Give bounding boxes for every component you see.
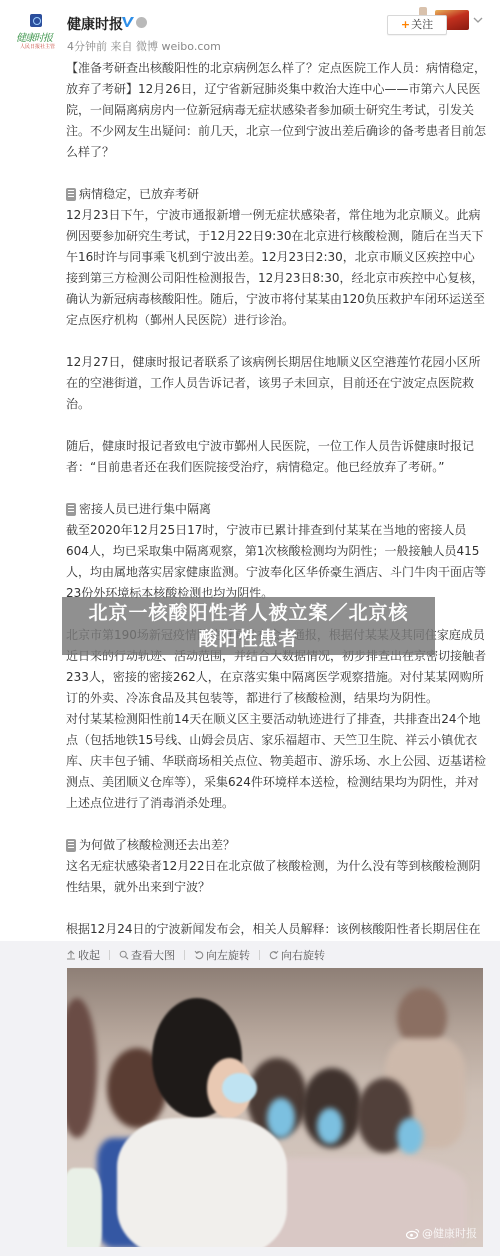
chevron-down-icon[interactable] (473, 17, 483, 23)
speaker-icon (66, 839, 76, 852)
post-photo[interactable]: @健康时报 (67, 968, 483, 1247)
verified-icon (121, 15, 135, 29)
paragraph: 这名无症状感染者12月22日在北京做了核酸检测，为什么没有等到核酸检测阴性结果，… (66, 856, 486, 898)
member-badge-icon[interactable] (136, 17, 147, 28)
paragraph: 截至2020年12月25日17时，宁波市已累计排查到付某某在当地的密接人员604… (66, 520, 486, 604)
post-meta: 4分钟前 来自 微博 weibo.com (67, 38, 221, 54)
collapse-icon (66, 950, 76, 960)
section-title: 密接人员已进行集中隔离 (66, 499, 486, 520)
rotate-left-label: 向左旋转 (206, 947, 250, 963)
zoom-icon (119, 950, 129, 960)
logo-mark-icon (30, 14, 42, 27)
view-large-button[interactable]: 查看大图 (119, 947, 175, 963)
weibo-logo-icon (406, 1228, 420, 1239)
divider (109, 950, 110, 960)
media-area: 收起 查看大图 向左旋转 向右旋转 (0, 941, 500, 1256)
speaker-icon (66, 503, 76, 516)
avatar[interactable]: 健康时报 人民日报社主管 (14, 12, 60, 52)
divider (259, 950, 260, 960)
divider (184, 950, 185, 960)
avatar-logo-subtext: 人民日报社主管 (20, 43, 55, 50)
rotate-right-icon (269, 950, 279, 960)
rotate-right-button[interactable]: 向右旋转 (269, 947, 325, 963)
watermark-text: @健康时报 (422, 1225, 477, 1241)
section-title-text: 为何做了核酸检测还去出差？ (79, 835, 235, 856)
post-body: 【准备考研查出核酸阳性的北京病例怎么样了？定点医院工作人员：病情稳定，放弃了考研… (66, 58, 486, 1024)
post-intro: 【准备考研查出核酸阳性的北京病例怎么样了？定点医院工作人员：病情稳定，放弃了考研… (66, 58, 486, 163)
post-header: 健康时报 人民日报社主管 健康时报 4分钟前 来自 微博 weibo.com +… (0, 0, 500, 56)
section-title-text: 病情稳定，已放弃考研 (79, 184, 199, 205)
paragraph: 12月27日，健康时报记者联系了该病例长期居住地顺义区空港莲竹花园小区所在的空港… (66, 352, 486, 415)
speaker-icon (66, 188, 76, 201)
rotate-left-icon (194, 950, 204, 960)
author-name[interactable]: 健康时报 (67, 14, 123, 34)
photo-watermark: @健康时报 (406, 1225, 477, 1241)
section-title-text: 密接人员已进行集中隔离 (79, 499, 211, 520)
collapse-label: 收起 (78, 947, 100, 963)
banner-line-1: 北京一核酸阳性者人被立案／北京核 (62, 600, 435, 626)
overlay-headline-banner: 北京一核酸阳性者人被立案／北京核 酸阳性患者 (62, 597, 435, 655)
follow-label: 关注 (411, 18, 433, 31)
follow-button[interactable]: +关注 (387, 15, 447, 35)
paragraph: 对付某某检测阳性前14天在顺义区主要活动轨迹进行了排查，共排查出24个地点（包括… (66, 709, 486, 814)
media-toolbar: 收起 查看大图 向左旋转 向右旋转 (66, 947, 325, 963)
view-large-label: 查看大图 (131, 947, 175, 963)
avatar-logo-text: 健康时报 (16, 29, 52, 44)
rotate-right-label: 向右旋转 (281, 947, 325, 963)
plus-icon: + (401, 18, 410, 31)
paragraph: 12月23日下午，宁波市通报新增一例无症状感染者，常住地为北京顺义。此病例因要参… (66, 205, 486, 331)
banner-line-2: 酸阳性患者 (62, 626, 435, 652)
collapse-button[interactable]: 收起 (66, 947, 100, 963)
paragraph: 随后，健康时报记者致电宁波市鄞州人民医院，一位工作人员告诉健康时报记者：“目前患… (66, 436, 486, 478)
section-title: 病情稳定，已放弃考研 (66, 184, 486, 205)
rotate-left-button[interactable]: 向左旋转 (194, 947, 250, 963)
section-title: 为何做了核酸检测还去出差？ (66, 835, 486, 856)
